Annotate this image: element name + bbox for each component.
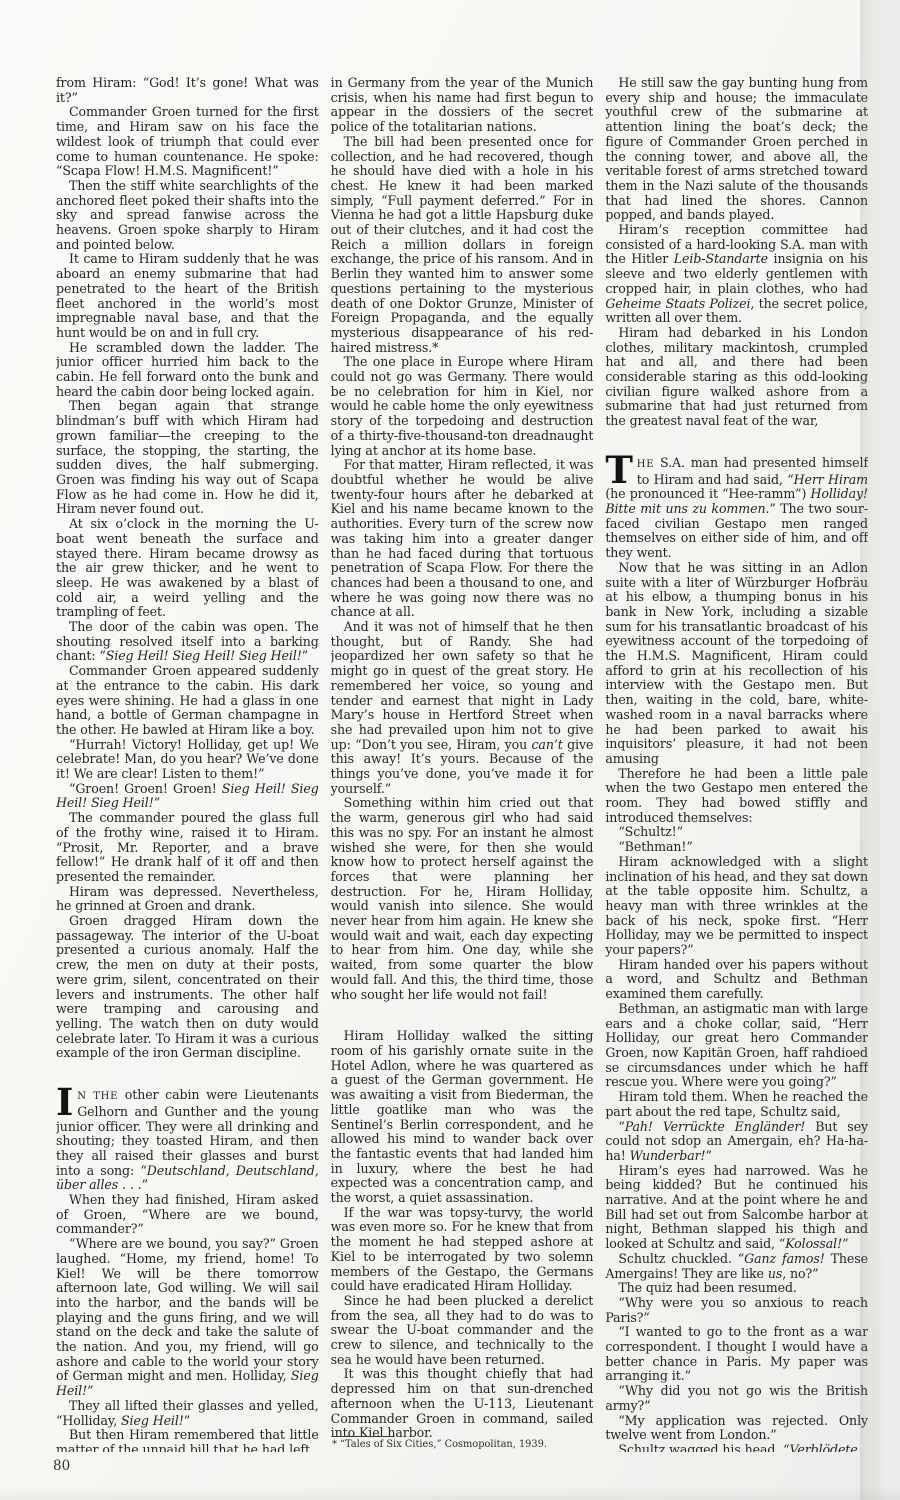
paragraph: The door of the cabin was open. The shou… xyxy=(56,620,319,664)
bottom-edge-shadow xyxy=(0,1486,900,1500)
small-caps-lead: N THE xyxy=(77,1091,125,1102)
paragraph: Now that he was sitting in an Adlon suit… xyxy=(605,561,868,767)
paragraph: Bethman, an astigmatic man with large ea… xyxy=(605,1002,868,1090)
paragraph: from Hiram: “God! It’s gone! What was it… xyxy=(56,76,319,105)
paragraph: Schultz wagged his head. “Verblödete xyxy=(605,1443,868,1452)
paragraph: The quiz had been resumed. xyxy=(605,1281,868,1296)
paragraph: If the war was topsy-turvy, the world wa… xyxy=(331,1206,594,1294)
paragraph: Then began again that strange blindman’s… xyxy=(56,399,319,517)
paragraph: “Why were you so anxious to reach Paris?… xyxy=(605,1296,868,1325)
paragraph: THE S.A. man had presented himself to Hi… xyxy=(605,456,868,561)
paragraph: The bill had been presented once for col… xyxy=(331,135,594,356)
paragraph: At six o’clock in the morning the U-boat… xyxy=(56,517,319,620)
paragraph: “Hurrah! Victory! Holliday, get up! We c… xyxy=(56,738,319,782)
paragraph: Hiram’s reception committee had consiste… xyxy=(605,223,868,326)
paragraph: Hiram was depressed. Nevertheless, he gr… xyxy=(56,885,319,914)
paragraph: When they had finished, Hiram asked of G… xyxy=(56,1193,319,1237)
paragraph: The commander poured the glass full of t… xyxy=(56,811,319,885)
paragraph: Then the stiff white searchlights of the… xyxy=(56,179,319,253)
paragraph: For that matter, Hiram reflected, it was… xyxy=(331,458,594,620)
footnote: * “Tales of Six Cities,” Cosmopolitan, 1… xyxy=(332,1436,595,1450)
paragraph: in Germany from the year of the Munich c… xyxy=(331,76,594,135)
paragraph: Hiram told them. When he reached the par… xyxy=(605,1090,868,1119)
paragraph: He still saw the gay bunting hung from e… xyxy=(605,76,868,223)
paragraph: Hiram’s eyes had narrowed. Was he being … xyxy=(605,1164,868,1252)
page-number: 80 xyxy=(53,1458,70,1474)
paragraph: Schultz chuckled. “Ganz famos! These Ame… xyxy=(605,1252,868,1281)
paragraph: “Where are we bound, you say?” Groen lau… xyxy=(56,1237,319,1399)
paragraph: Hiram acknowledged with a slight inclina… xyxy=(605,855,868,958)
paragraph: IN THE other cabin were Lieutenants Gelh… xyxy=(56,1088,319,1193)
paragraph: “My application was rejected. Only twelv… xyxy=(605,1414,868,1443)
text-column-right: He still saw the gay bunting hung from e… xyxy=(605,76,868,1452)
paragraph: Something within him cried out that the … xyxy=(331,796,594,1002)
small-caps-lead: HE xyxy=(637,459,660,470)
paragraph: Hiram handed over his papers without a w… xyxy=(605,958,868,1002)
paragraph: “I wanted to go to the front as a war co… xyxy=(605,1325,868,1384)
paragraph: Therefore he had been a little pale when… xyxy=(605,767,868,826)
drop-cap-letter: I xyxy=(56,1088,77,1116)
paragraph: “Groen! Groen! Groen! Sieg Heil! Sieg He… xyxy=(56,782,319,811)
magazine-page-scan: from Hiram: “God! It’s gone! What was it… xyxy=(0,0,900,1500)
paragraph: He scrambled down the ladder. The junior… xyxy=(56,341,319,400)
paragraph: Commander Groen turned for the first tim… xyxy=(56,105,319,179)
paragraph: “Bethman!” xyxy=(605,840,868,855)
text-column-left: from Hiram: “God! It’s gone! What was it… xyxy=(56,76,319,1452)
text-columns: from Hiram: “God! It’s gone! What was it… xyxy=(56,76,868,1452)
paragraph: But then Hiram remembered that little ma… xyxy=(56,1428,319,1452)
drop-cap-letter: T xyxy=(605,456,636,484)
paragraph: Hiram Holliday walked the sitting room o… xyxy=(331,1029,594,1205)
paragraph: Hiram had debarked in his London clothes… xyxy=(605,326,868,429)
paragraph: “Schultz!” xyxy=(605,825,868,840)
paragraph: The one place in Europe where Hiram coul… xyxy=(331,355,594,458)
paragraph: It was this thought chiefly that had dep… xyxy=(331,1367,594,1441)
paragraph: And it was not of himself that he then t… xyxy=(331,620,594,796)
paragraph: Since he had been plucked a derelict fro… xyxy=(331,1294,594,1368)
paragraph: “Pah! Verrückte Engländer! But sey could… xyxy=(605,1120,868,1164)
paragraph: It came to Hiram suddenly that he was ab… xyxy=(56,252,319,340)
paragraph: Groen dragged Hiram down the passageway.… xyxy=(56,914,319,1061)
text-column-middle: in Germany from the year of the Munich c… xyxy=(331,76,594,1452)
paragraph: They all lifted their glasses and yelled… xyxy=(56,1399,319,1428)
paragraph: Commander Groen appeared suddenly at the… xyxy=(56,664,319,738)
paragraph: “Why did you not go wis the British army… xyxy=(605,1384,868,1413)
